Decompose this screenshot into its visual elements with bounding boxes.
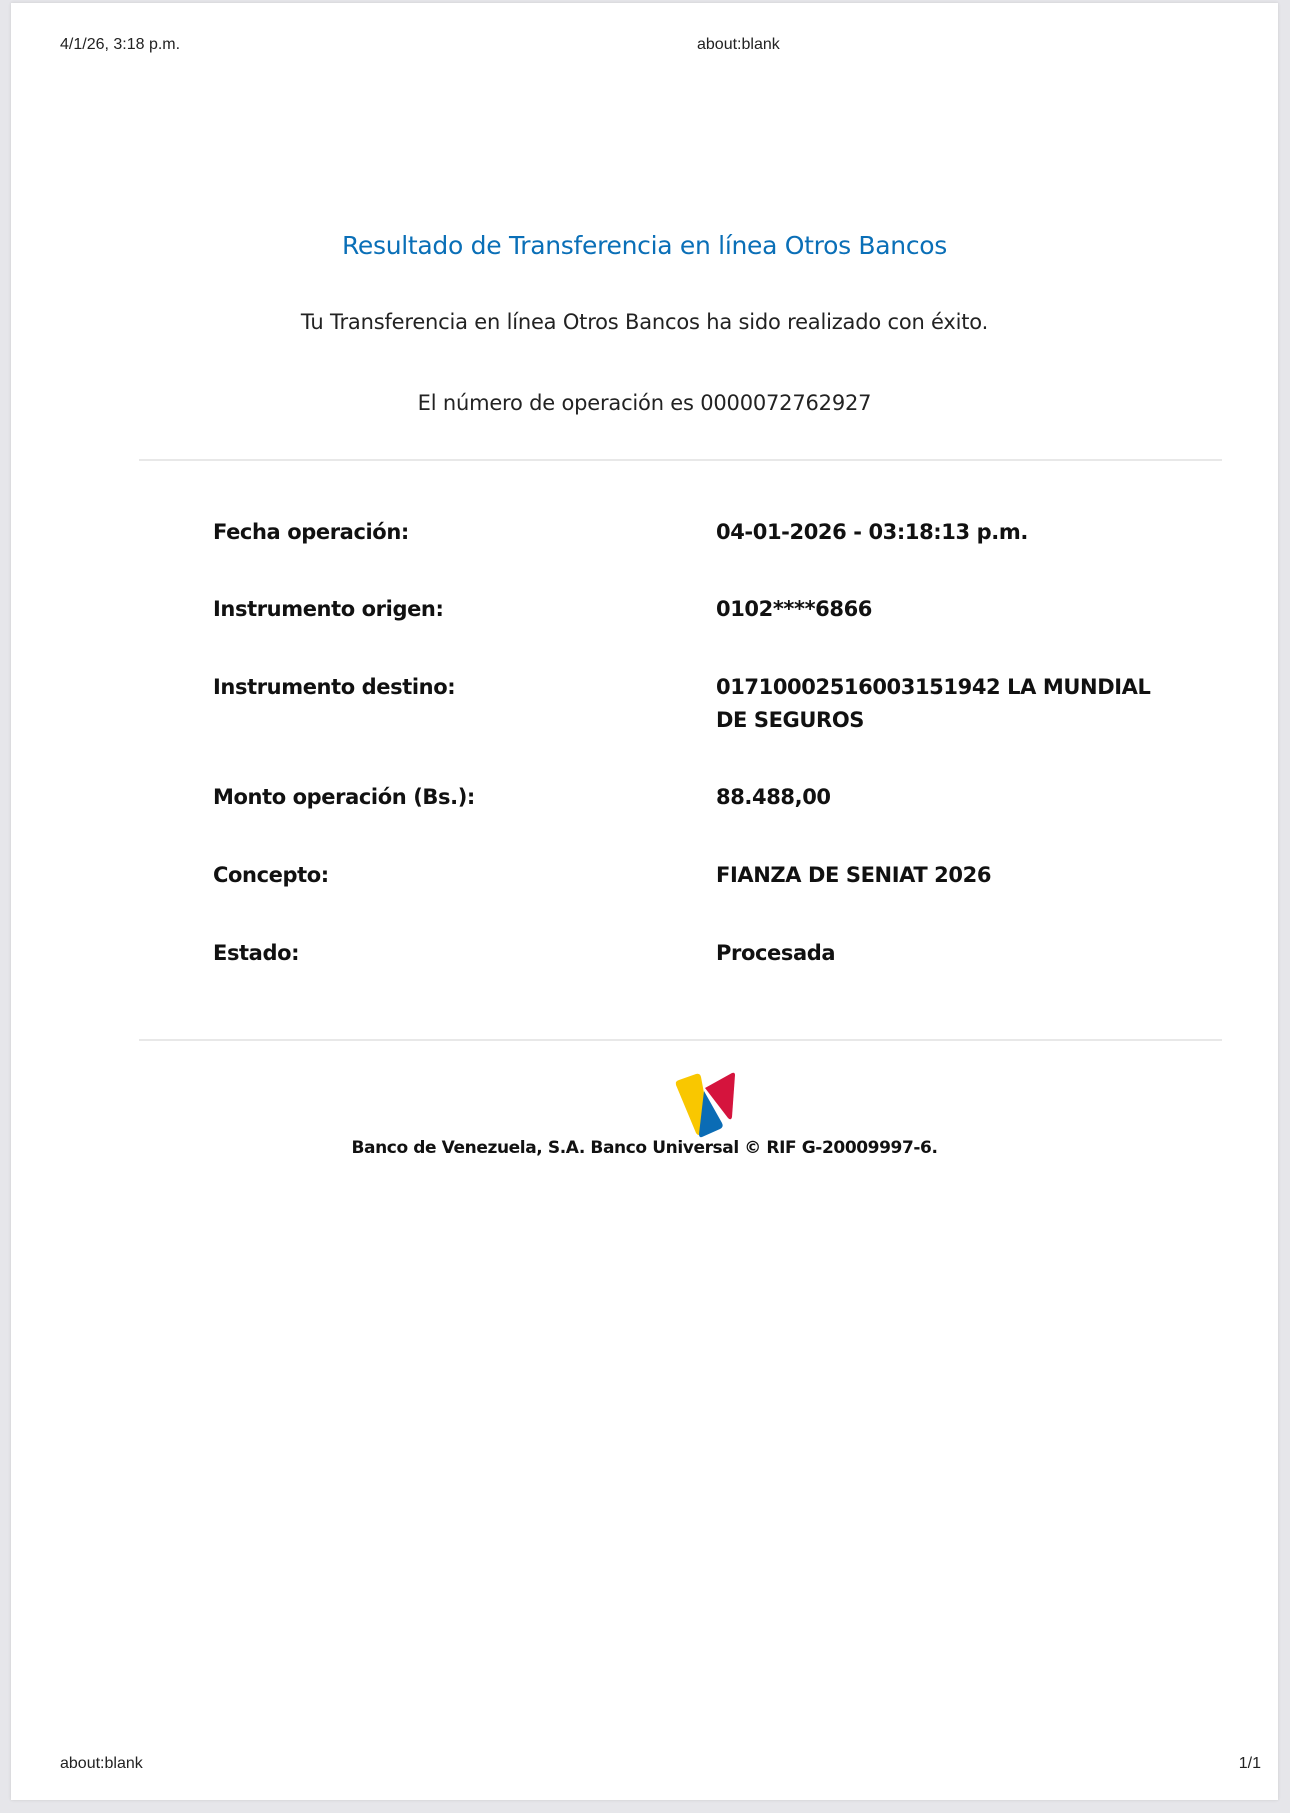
detail-row-origen: Instrumento origen: 0102****6866	[213, 593, 1193, 626]
print-header-datetime: 4/1/26, 3:18 p.m.	[60, 36, 180, 54]
detail-label: Instrumento destino:	[213, 671, 716, 737]
receipt-title: Resultado de Transferencia en línea Otro…	[11, 231, 1278, 260]
detail-value: 0102****6866	[716, 593, 1166, 626]
detail-value: 01710002516003151942 LA MUNDIAL DE SEGUR…	[716, 671, 1166, 737]
detail-row-estado: Estado: Procesada	[213, 937, 1193, 970]
detail-label: Estado:	[213, 937, 716, 970]
detail-label: Fecha operación:	[213, 516, 716, 549]
detail-value: FIANZA DE SENIAT 2026	[716, 859, 1166, 892]
detail-row-fecha: Fecha operación: 04-01-2026 - 03:18:13 p…	[213, 516, 1193, 549]
detail-value: Procesada	[716, 937, 1166, 970]
print-footer-page-number: 1/1	[1239, 1755, 1261, 1773]
separator-top	[139, 459, 1222, 461]
print-footer-url: about:blank	[60, 1755, 143, 1773]
operation-number: El número de operación es 0000072762927	[11, 391, 1278, 415]
detail-label: Monto operación (Bs.):	[213, 781, 716, 814]
print-page: 4/1/26, 3:18 p.m. about:blank Resultado …	[11, 3, 1278, 1800]
detail-value: 04-01-2026 - 03:18:13 p.m.	[716, 516, 1166, 549]
separator-bottom	[139, 1039, 1222, 1041]
detail-row-concepto: Concepto: FIANZA DE SENIAT 2026	[213, 859, 1193, 892]
success-message: Tu Transferencia en línea Otros Bancos h…	[11, 310, 1278, 334]
detail-row-monto: Monto operación (Bs.): 88.488,00	[213, 781, 1193, 814]
bank-footer-text: Banco de Venezuela, S.A. Banco Universal…	[11, 1138, 1278, 1158]
print-header-url: about:blank	[697, 36, 780, 54]
detail-label: Instrumento origen:	[213, 593, 716, 626]
detail-row-destino: Instrumento destino: 0171000251600315194…	[213, 671, 1193, 737]
banco-de-venezuela-logo-icon	[674, 1071, 738, 1139]
detail-value: 88.488,00	[716, 781, 1166, 814]
detail-label: Concepto:	[213, 859, 716, 892]
